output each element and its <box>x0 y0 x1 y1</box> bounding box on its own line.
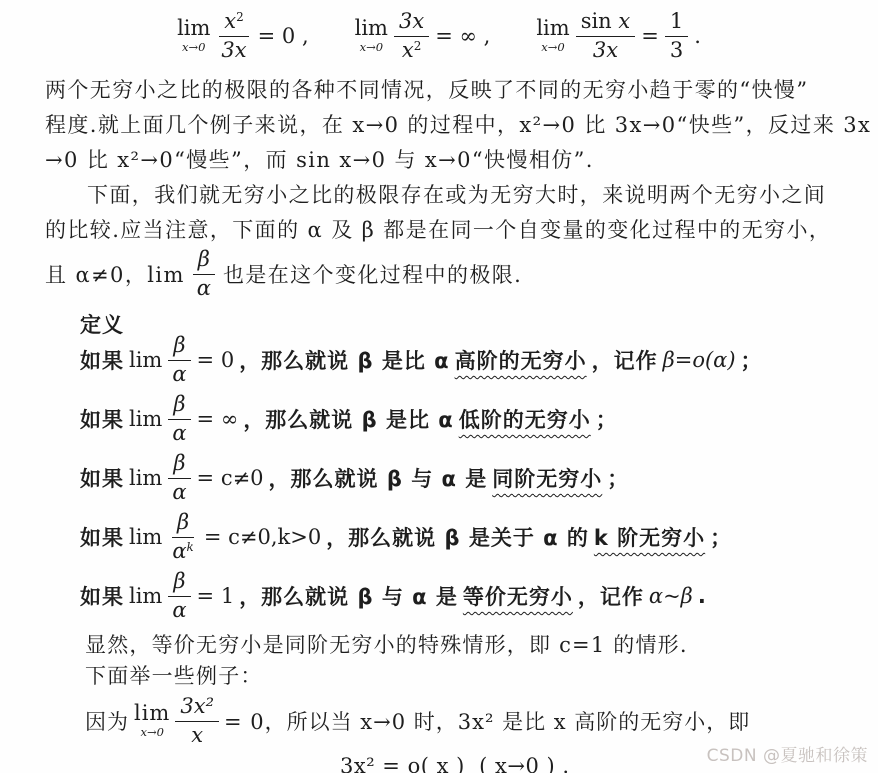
math-exponent: 2 <box>414 39 422 53</box>
paragraph-line: 程度.就上面几个例子来说，在 x→0 的过程中，x²→0 比 3x→0“快些”，… <box>45 108 838 143</box>
fraction: β α <box>167 334 191 386</box>
math-variable: α <box>172 480 186 504</box>
fraction: β α <box>167 452 191 504</box>
math-variable: α <box>172 539 186 563</box>
lim-operator: lim x→0 <box>177 18 210 54</box>
math-variable: α <box>172 598 186 622</box>
fraction-denominator: α <box>167 420 191 446</box>
definition-equation: = ∞ <box>197 407 239 431</box>
lim-word: lim <box>355 18 388 39</box>
definition-term-underlined: 同阶无穷小 <box>492 463 602 493</box>
fraction: 3x² x <box>175 695 219 747</box>
fraction-denominator: αk <box>167 538 198 564</box>
fraction-denominator: α <box>192 275 216 301</box>
definition-prefix: 如果 <box>80 522 124 552</box>
definition-equation: = 0 <box>197 348 235 372</box>
fraction-numerator: 3x <box>394 10 429 37</box>
limit-formula-2: lim x→0 3x x2 = ∞ , <box>355 10 491 62</box>
math-variable: x <box>224 9 236 33</box>
fraction-denominator: 3 <box>665 37 688 63</box>
paragraph-line: 下面，我们就无穷小之比的极限存在或为无穷大时，来说明两个无穷小之间 <box>45 178 838 213</box>
fraction-denominator: α <box>167 597 191 623</box>
definition-term-underlined: k 阶无穷小 <box>594 522 705 552</box>
definition-text: ，那么就说 β 与 α 是 <box>269 463 488 493</box>
watermark: CSDN @夏驰和徐策 <box>707 741 868 766</box>
definition-tail: ，记作 <box>578 581 644 611</box>
period: . <box>694 24 701 48</box>
fraction-numerator: β <box>172 511 194 538</box>
definition-item-same-order: 如果 lim β α = c≠0 ，那么就说 β 与 α 是 同阶无穷小 ； <box>80 453 878 503</box>
definition-text: ，那么就说 β 与 α 是 <box>239 581 458 611</box>
definition-term-underlined: 等价无穷小 <box>463 581 573 611</box>
lim-word: lim <box>134 703 170 724</box>
fraction-numerator: x2 <box>219 10 248 37</box>
lim-operator: lim x→0 <box>355 18 388 54</box>
lim-operator: lim x→0 <box>134 703 170 739</box>
definition-equation: = c≠0 <box>197 466 264 490</box>
fraction: β α <box>167 570 191 622</box>
fraction-denominator: 3x <box>588 37 623 63</box>
fraction-denominator: x <box>186 722 208 748</box>
equals-sign: = <box>641 24 659 48</box>
math-exponent: k <box>187 540 194 554</box>
math-variable: x <box>402 38 414 62</box>
fraction-numerator: 3x² <box>175 695 219 722</box>
math-variable: α <box>172 362 186 386</box>
lim-operator: lim x→0 <box>536 18 569 54</box>
definition-tail: ，记作 <box>592 345 658 375</box>
formula-rhs: = ∞ , <box>435 24 490 48</box>
lim-word: lim <box>129 466 162 490</box>
example-text: = 0，所以当 x→0 时，3x² 是比 x 高阶的无穷小，即 <box>224 706 750 736</box>
definition-end-punctuation: ； <box>710 522 732 552</box>
fraction-denominator: α <box>167 361 191 387</box>
paragraph-text: 也是在这个变化过程中的极限. <box>223 259 522 289</box>
math-variable: α <box>172 421 186 445</box>
definition-equation: = c≠0,k>0 <box>204 525 321 549</box>
lim-word: lim <box>129 407 162 431</box>
limit-formula-1: lim x→0 x2 3x = 0 , <box>177 10 309 62</box>
fraction: β α <box>167 393 191 445</box>
fraction: sin x 3x <box>576 10 636 62</box>
fraction-numerator: sin x <box>576 10 636 37</box>
definition-term-underlined: 低阶的无穷小 <box>459 404 591 434</box>
fraction: x2 3x <box>216 10 251 62</box>
definition-item-higher-order: 如果 lim β α = 0 ，那么就说 β 是比 α 高阶的无穷小 ，记作 β… <box>80 335 878 385</box>
definition-heading: 定义 <box>80 309 878 335</box>
fraction-numerator: β <box>193 248 215 275</box>
definition-end-punctuation: ； <box>607 463 629 493</box>
fraction-numerator: β <box>168 334 190 361</box>
paragraph-line: →0 比 x²→0“慢些”，而 sin x→0 与 x→0“快慢相仿”. <box>45 143 838 178</box>
lim-word: lim <box>129 525 162 549</box>
definition-end-punctuation: ； <box>596 404 618 434</box>
definition-text: ，那么就说 β 是比 α <box>243 404 453 434</box>
lim-word: lim <box>129 584 162 608</box>
definition-prefix: 如果 <box>80 345 124 375</box>
math-exponent: 2 <box>236 10 244 24</box>
definition-text: ，那么就说 β 是关于 α 的 <box>326 522 589 552</box>
paragraph-line: 两个无穷小之比的极限的各种不同情况，反映了不同的无穷小趋于零的“快慢” <box>45 73 838 108</box>
paragraph-text: 且 α≠0，lim <box>45 259 185 289</box>
textbook-page: lim x→0 x2 3x = 0 , lim x→0 3x x2 = ∞ , … <box>0 0 878 773</box>
fraction-numerator: 1 <box>665 10 688 37</box>
fraction-denominator: x2 <box>397 37 426 63</box>
paragraph-definition-intro: 下面，我们就无穷小之比的极限存在或为无穷大时，来说明两个无穷小之间 的比较.应当… <box>45 178 838 300</box>
example-line: 因为 lim x→0 3x² x = 0，所以当 x→0 时，3x² 是比 x … <box>85 697 878 745</box>
example-prefix: 因为 <box>85 706 129 736</box>
definition-item-k-order: 如果 lim β αk = c≠0,k>0 ，那么就说 β 是关于 α 的 k … <box>80 512 878 562</box>
fraction-numerator: β <box>168 393 190 420</box>
fraction-denominator: α <box>167 479 191 505</box>
fraction-result: 1 3 <box>665 10 688 62</box>
paragraph-line: 的比较.应当注意，下面的 α 及 β 都是在同一个自变量的变化过程中的无穷小， <box>45 213 838 248</box>
remark-special-case: 显然，等价无穷小是同阶无穷小的特殊情形，即 c=1 的情形. <box>85 630 878 661</box>
paragraph-comparison-intro: 两个无穷小之比的极限的各种不同情况，反映了不同的无穷小趋于零的“快慢” 程度.就… <box>45 73 838 178</box>
definition-notation: β=o(α) <box>663 348 736 372</box>
paragraph-line-with-fraction: 且 α≠0，lim β α 也是在这个变化过程中的极限. <box>45 248 838 300</box>
definition-prefix: 如果 <box>80 404 124 434</box>
fraction-numerator: β <box>168 452 190 479</box>
definition-end-punctuation: ； <box>741 345 763 375</box>
definition-prefix: 如果 <box>80 463 124 493</box>
lim-word: lim <box>129 348 162 372</box>
lim-word: lim <box>177 18 210 39</box>
fraction-numerator: β <box>168 570 190 597</box>
remark-examples-intro: 下面举一些例子： <box>85 661 878 692</box>
definition-item-equivalent: 如果 lim β α = 1 ，那么就说 β 与 α 是 等价无穷小 ，记作 α… <box>80 571 878 621</box>
math-function: sin <box>581 9 612 33</box>
definition-end-punctuation: . <box>698 584 707 608</box>
fraction: β αk <box>167 511 198 563</box>
limit-formula-3: lim x→0 sin x 3x = 1 3 . <box>536 10 701 62</box>
definition-prefix: 如果 <box>80 581 124 611</box>
formula-rhs: = 0 , <box>258 24 309 48</box>
display-formula-row: lim x→0 x2 3x = 0 , lim x→0 3x x2 = ∞ , … <box>0 0 878 62</box>
lim-word: lim <box>536 18 569 39</box>
lim-subscript: x→0 <box>182 42 205 54</box>
lim-subscript: x→0 <box>140 727 163 739</box>
math-variable: x <box>618 9 630 33</box>
definition-item-lower-order: 如果 lim β α = ∞ ，那么就说 β 是比 α 低阶的无穷小 ； <box>80 394 878 444</box>
definition-term-underlined: 高阶的无穷小 <box>455 345 587 375</box>
lim-subscript: x→0 <box>541 42 564 54</box>
fraction: β α <box>192 248 216 300</box>
definition-notation: α~β <box>649 584 693 608</box>
definition-text: ，那么就说 β 是比 α <box>239 345 449 375</box>
fraction: 3x x2 <box>394 10 429 62</box>
lim-subscript: x→0 <box>360 42 383 54</box>
definition-equation: = 1 <box>197 584 235 608</box>
fraction-denominator: 3x <box>216 37 251 63</box>
